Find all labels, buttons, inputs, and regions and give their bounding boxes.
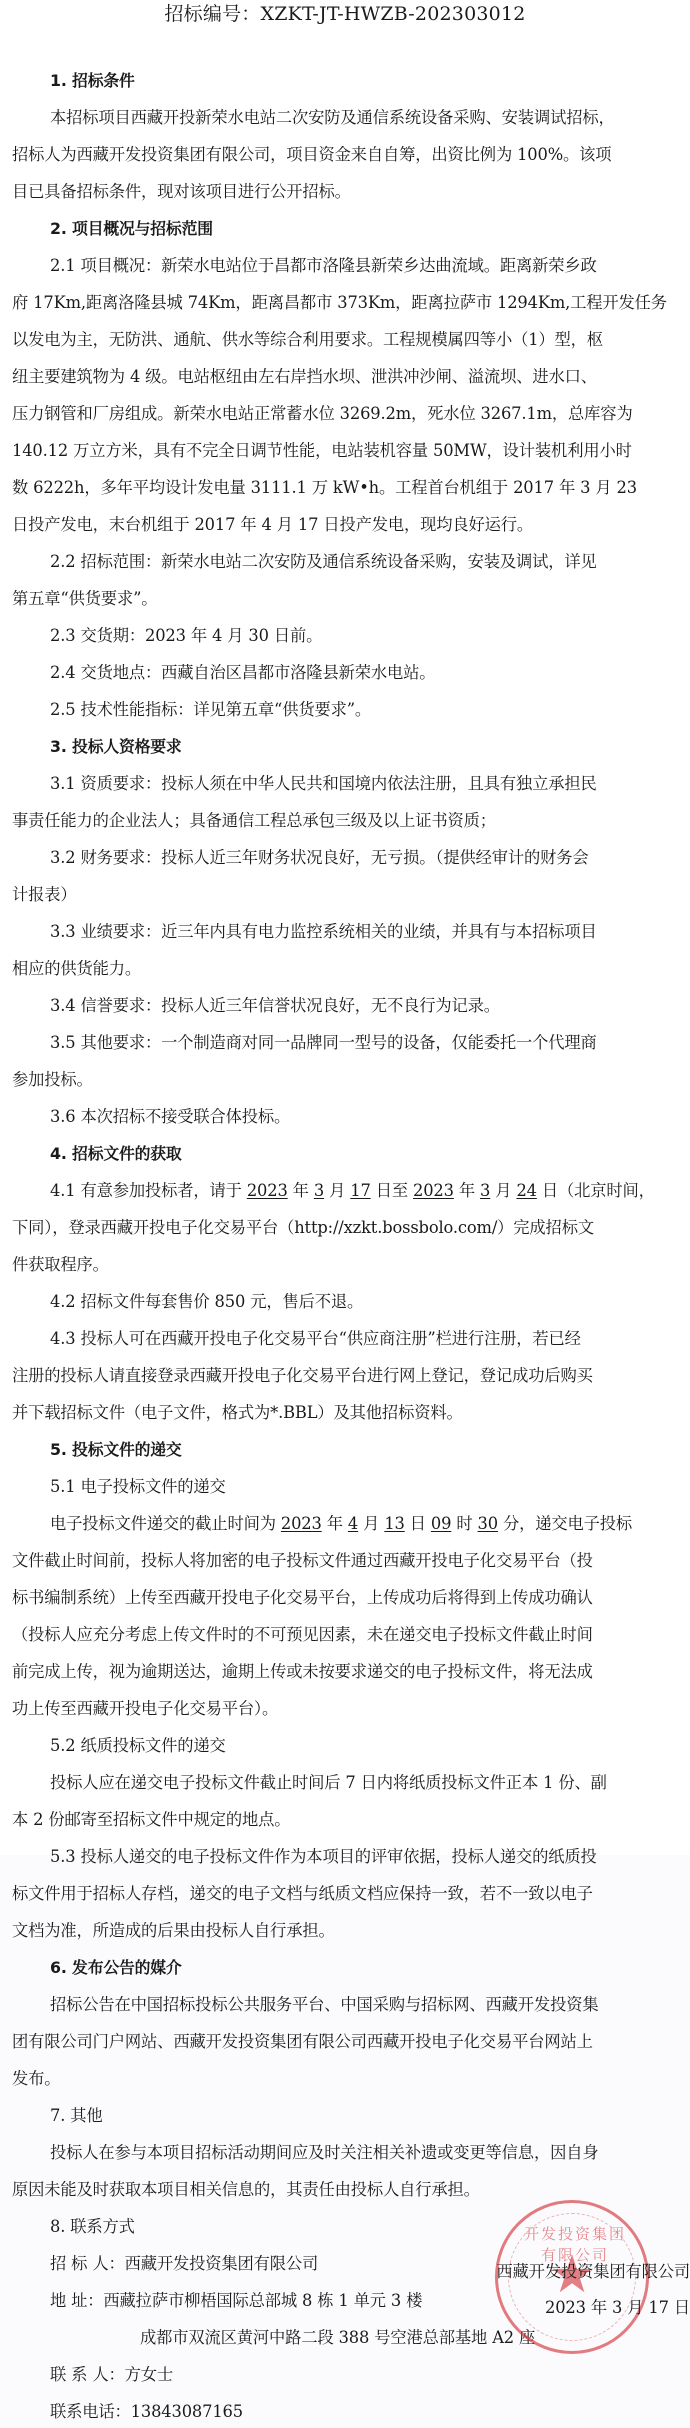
signature-company: 西藏开发投资集团有限公司 <box>0 2262 690 2282</box>
phone-label: 联系电话： <box>50 2402 131 2421</box>
text: 电子投标文件递交的截止时间为 <box>50 1514 281 1533</box>
paragraph-line: 发布。 <box>0 2069 690 2089</box>
paragraph-line: 投标人在参与本项目招标活动期间应及时关注相关补遗或变更等信息，因自身 <box>0 2143 690 2163</box>
paragraph-line: 府 17Km,距离洛隆县城 74Km，距离昌都市 373Km，距离拉萨市 129… <box>0 293 690 313</box>
paragraph-line: 以发电为主，无防洪、通航、供水等综合利用要求。工程规模属四等小（1）型，枢 <box>0 330 690 350</box>
paragraph-line: 数 6222h，多年平均设计发电量 3111.1 万 kW•h。工程首台机组于 … <box>0 478 690 498</box>
section-2-heading: 2. 项目概况与招标范围 <box>0 219 690 239</box>
section-5-heading: 5. 投标文件的递交 <box>0 1440 690 1460</box>
subsection-heading: 5.2 纸质投标文件的递交 <box>0 1736 690 1756</box>
text: 年 <box>454 1181 480 1200</box>
text: 4.1 有意参加投标者，请于 <box>50 1181 247 1200</box>
paragraph-line: 团有限公司门户网站、西藏开发投资集团有限公司西藏开投电子化交易平台网站上 <box>0 2032 690 2052</box>
paragraph-line: 140.12 万立方米，具有不完全日调节性能，电站装机容量 50MW，设计装机利… <box>0 441 690 461</box>
paragraph-line: 招标人为西藏开发投资集团有限公司，项目资金来自自筹，出资比例为 100%。该项 <box>0 145 690 165</box>
paragraph-line: 纽主要建筑物为 4 级。电站枢纽由左右岸挡水坝、泄洪冲沙闸、溢流坝、进水口、 <box>0 367 690 387</box>
section-4-heading: 4. 招标文件的获取 <box>0 1144 690 1164</box>
deadline-month: 4 <box>348 1514 358 1533</box>
paragraph-line: 文件截止时间前，投标人将加密的电子投标文件通过西藏开投电子化交易平台（投 <box>0 1551 690 1571</box>
text: 年 <box>322 1514 348 1533</box>
paragraph-line: 本招标项目西藏开投新荣水电站二次安防及通信系统设备采购、安装调试招标， <box>0 108 690 128</box>
text: 分，递交电子投标 <box>498 1514 632 1533</box>
paragraph-line: 相应的供货能力。 <box>0 959 690 979</box>
subsection-heading: 5.1 电子投标文件的递交 <box>0 1477 690 1497</box>
paragraph-line: 注册的投标人请直接登录西藏开投电子化交易平台进行网上登记，登记成功后购买 <box>0 1366 690 1386</box>
text: 日 <box>405 1514 431 1533</box>
contact-row-phone: 联系电话：13843087165 <box>0 2402 690 2422</box>
paragraph-line: 文档为准，所造成的后果由投标人自行承担。 <box>0 1921 690 1941</box>
text: 月 <box>358 1514 384 1533</box>
paragraph-line: 2.3 交货期：2023 年 4 月 30 日前。 <box>0 626 690 646</box>
paragraph-line: 3.6 本次招标不接受联合体投标。 <box>0 1107 690 1127</box>
paragraph-line-obtain-period: 4.1 有意参加投标者，请于 2023 年 3 月 17 日至 2023 年 3… <box>0 1181 690 1201</box>
end-month: 3 <box>480 1181 490 1200</box>
section-7-heading: 7. 其他 <box>0 2106 690 2126</box>
paragraph-line: 前完成上传，视为逾期送达，逾期上传或未按要求递交的电子投标文件，将无法成 <box>0 1662 690 1682</box>
paragraph-line: 3.3 业绩要求：近三年内具有电力监控系统相关的业绩，并具有与本招标项目 <box>0 922 690 942</box>
paragraph-line: 招标公告在中国招标投标公共服务平台、中国采购与招标网、西藏开发投资集 <box>0 1995 690 2015</box>
paragraph-line: 2.5 技术性能指标：详见第五章“供货要求”。 <box>0 700 690 720</box>
deadline-year: 2023 <box>281 1514 322 1533</box>
paragraph-line: 2.4 交货地点：西藏自治区昌都市洛隆县新荣水电站。 <box>0 663 690 683</box>
paragraph-line: 功上传至西藏开投电子化交易平台）。 <box>0 1699 690 1719</box>
paragraph-line: 目已具备招标条件，现对该项目进行公开招标。 <box>0 182 690 202</box>
paragraph-line: 原因未能及时获取本项目相关信息的，其责任由投标人自行承担。 <box>0 2180 690 2200</box>
deadline-day: 13 <box>384 1514 404 1533</box>
section-3-heading: 3. 投标人资格要求 <box>0 737 690 757</box>
paragraph-line: （投标人应充分考虑上传文件时的不可预见因素，未在递交电子投标文件截止时间 <box>0 1625 690 1645</box>
paragraph-line: 第五章“供货要求”。 <box>0 589 690 609</box>
tender-number-title: 招标编号：XZKT-JT-HWZB-202303012 <box>0 4 690 24</box>
paragraph-line: 4.2 招标文件每套售价 850 元，售后不退。 <box>0 1292 690 1312</box>
phone-value: 13843087165 <box>131 2402 243 2421</box>
paragraph-line: 2.1 项目概况：新荣水电站位于昌都市洛隆县新荣乡达曲流域。距离新荣乡政 <box>0 256 690 276</box>
text: 月 <box>490 1181 516 1200</box>
paragraph-line: 3.4 信誉要求：投标人近三年信誉状况良好，无不良行为记录。 <box>0 996 690 1016</box>
paragraph-line-deadline: 电子投标文件递交的截止时间为 2023 年 4 月 13 日 09 时 30 分… <box>0 1514 690 1534</box>
paragraph-line: 5.3 投标人递交的电子投标文件作为本项目的评审依据，投标人递交的纸质投 <box>0 1847 690 1867</box>
deadline-minute: 30 <box>478 1514 498 1533</box>
contact-value: 方女士 <box>125 2365 173 2384</box>
document-page: 招标编号：XZKT-JT-HWZB-202303012 1. 招标条件 本招标项… <box>0 0 690 2428</box>
paragraph-line: 4.3 投标人可在西藏开投电子化交易平台“供应商注册”栏进行注册，若已经 <box>0 1329 690 1349</box>
text: 时 <box>451 1514 477 1533</box>
paragraph-line: 3.2 财务要求：投标人近三年财务状况良好，无亏损。（提供经审计的财务会 <box>0 848 690 868</box>
paragraph-line: 标书编制系统）上传至西藏开投电子化交易平台，上传成功后将得到上传成功确认 <box>0 1588 690 1608</box>
paragraph-line: 件获取程序。 <box>0 1255 690 1275</box>
paragraph-line: 日投产发电，末台机组于 2017 年 4 月 17 日投产发电，现均良好运行。 <box>0 515 690 535</box>
paragraph-line: 参加投标。 <box>0 1070 690 1090</box>
paragraph-line: 事责任能力的企业法人；具备通信工程总承包三级及以上证书资质； <box>0 811 690 831</box>
paragraph-line: 并下载招标文件（电子文件，格式为*.BBL）及其他招标资料。 <box>0 1403 690 1423</box>
text: 日（北京时间， <box>537 1181 655 1200</box>
text: 日至 <box>371 1181 413 1200</box>
paragraph-line: 3.5 其他要求：一个制造商对同一品牌同一型号的设备，仅能委托一个代理商 <box>0 1033 690 1053</box>
paragraph-line: 计报表） <box>0 885 690 905</box>
paragraph-line: 本 2 份邮寄至招标文件中规定的地点。 <box>0 1810 690 1830</box>
paragraph-line: 下同），登录西藏开投电子化交易平台（http://xzkt.bossbolo.c… <box>0 1218 690 1238</box>
paragraph-line: 投标人应在递交电子投标文件截止时间后 7 日内将纸质投标文件正本 1 份、副 <box>0 1773 690 1793</box>
start-year: 2023 <box>247 1181 288 1200</box>
start-month: 3 <box>314 1181 324 1200</box>
deadline-hour: 09 <box>431 1514 451 1533</box>
end-day: 24 <box>516 1181 536 1200</box>
contact-label: 联 系 人： <box>50 2365 125 2384</box>
section-1-heading: 1. 招标条件 <box>0 71 690 91</box>
start-day: 17 <box>350 1181 370 1200</box>
paragraph-line: 3.1 资质要求：投标人须在中华人民共和国境内依法注册，且具有独立承担民 <box>0 774 690 794</box>
paragraph-line: 2.2 招标范围：新荣水电站二次安防及通信系统设备采购，安装及调试，详见 <box>0 552 690 572</box>
contact-row-person: 联 系 人：方女士 <box>0 2365 690 2385</box>
text: 月 <box>324 1181 350 1200</box>
end-year: 2023 <box>413 1181 454 1200</box>
paragraph-line: 压力钢管和厂房组成。新荣水电站正常蓄水位 3269.2m，死水位 3267.1m… <box>0 404 690 424</box>
text: 年 <box>288 1181 314 1200</box>
section-6-heading: 6. 发布公告的媒介 <box>0 1958 690 1978</box>
signature-date: 2023 年 3 月 17 日 <box>0 2298 690 2318</box>
paragraph-line: 标文件用于招标人存档，递交的电子文档与纸质文档应保持一致，若不一致以电子 <box>0 1884 690 1904</box>
